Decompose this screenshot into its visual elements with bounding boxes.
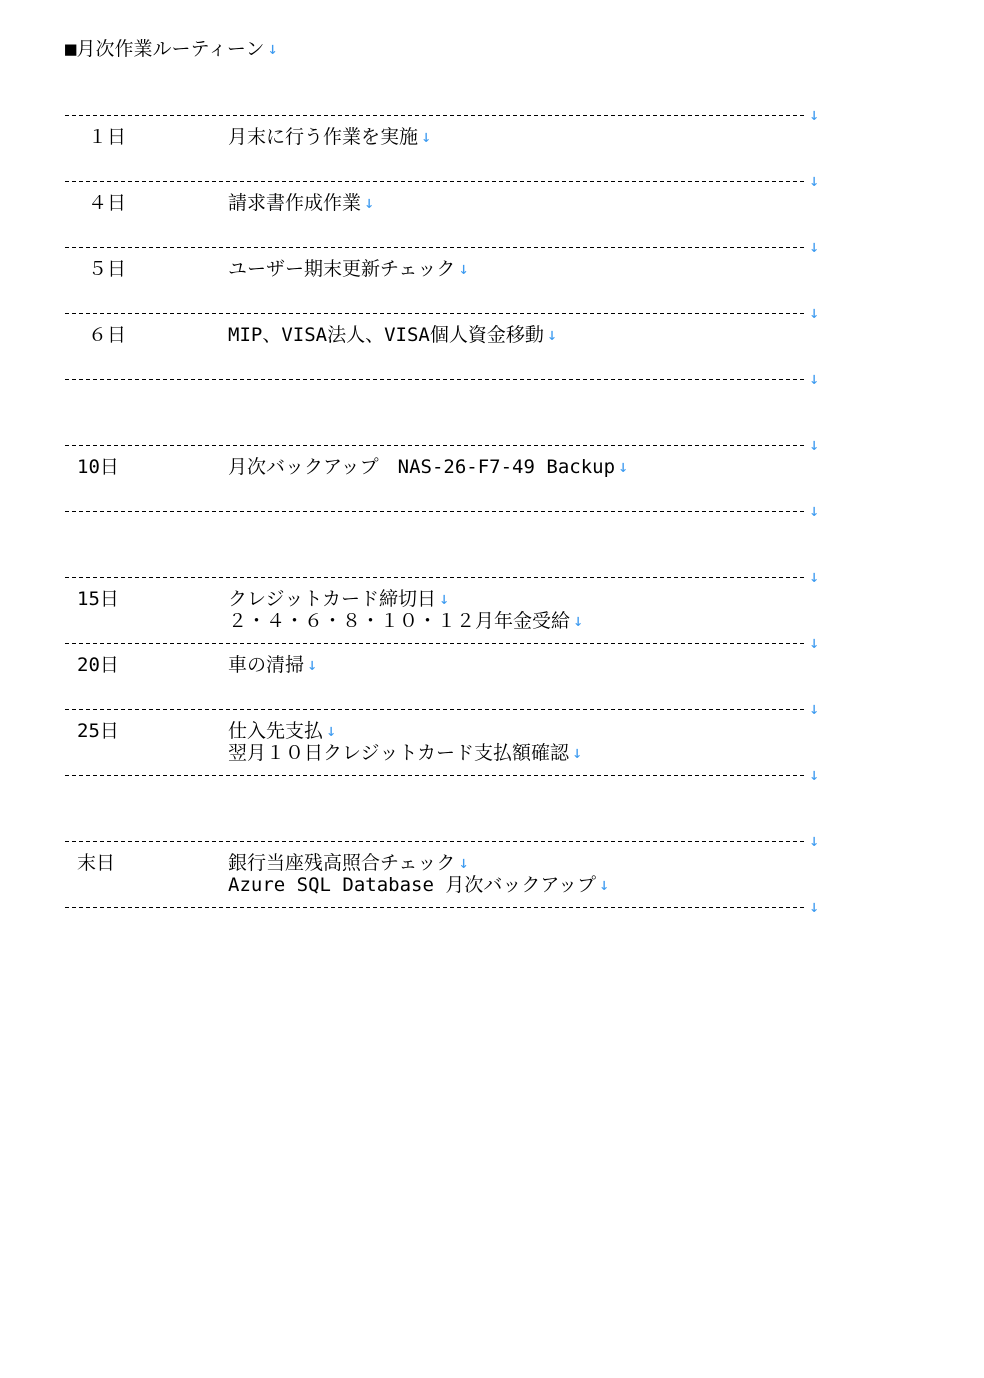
newline-mark-icon: ↓ (809, 896, 819, 918)
newline-mark-icon: ↓ (326, 720, 336, 742)
newline-mark-icon: ↓ (809, 434, 819, 456)
newline-mark-icon: ↓ (809, 632, 819, 654)
title-line: ■月次作業ルーティーン↓ (65, 38, 984, 60)
blank-line (65, 786, 984, 808)
newline-mark-icon: ↓ (547, 324, 557, 346)
newline-mark-icon: ↓ (458, 258, 468, 280)
dashed-separator: ↓ (65, 104, 984, 126)
task-text: ユーザー期末更新チェック (228, 258, 455, 280)
blank-line (65, 544, 984, 566)
dashed-separator: ↓ (65, 896, 984, 918)
day-label: １日 (88, 126, 126, 148)
routine-entry-line: Azure SQL Database 月次バックアップ↓ (65, 874, 984, 896)
task-wrap: 請求書作成作業↓ (228, 192, 374, 214)
newline-mark-icon: ↓ (421, 126, 431, 148)
routine-entry-line: １日月末に行う作業を実施↓ (65, 126, 984, 148)
dashed-separator: ↓ (65, 302, 984, 324)
blank-line (65, 280, 984, 302)
newline-mark-icon: ↓ (599, 874, 609, 896)
newline-mark-icon: ↓ (809, 764, 819, 786)
routine-entry-line: ６日MIP、VISA法人、VISA個人資金移動↓ (65, 324, 984, 346)
blank-line (65, 478, 984, 500)
task-wrap: 仕入先支払↓ (228, 720, 336, 742)
task-wrap: クレジットカード締切日↓ (228, 588, 449, 610)
routine-entry-line: 15日クレジットカード締切日↓ (65, 588, 984, 610)
newline-mark-icon: ↓ (307, 654, 317, 676)
routine-entry-line: ５日ユーザー期末更新チェック↓ (65, 258, 984, 280)
dashed-separator: ↓ (65, 764, 984, 786)
blank-line (65, 82, 984, 104)
dashed-separator: ↓ (65, 566, 984, 588)
task-text: 銀行当座残高照合チェック (228, 852, 455, 874)
task-text: 翌月１０日クレジットカード支払額確認 (228, 742, 569, 764)
routine-entry-line: 翌月１０日クレジットカード支払額確認↓ (65, 742, 984, 764)
dashed-rule (65, 379, 806, 380)
dashed-separator: ↓ (65, 236, 984, 258)
task-wrap: ２・４・６・８・１０・１２月年金受給↓ (228, 610, 583, 632)
task-text: 月次バックアップ NAS-26-F7-49 Backup (228, 456, 615, 478)
dashed-separator: ↓ (65, 434, 984, 456)
newline-mark-icon: ↓ (809, 104, 819, 126)
routine-entry-line: ２・４・６・８・１０・１２月年金受給↓ (65, 610, 984, 632)
dashed-rule (65, 577, 806, 578)
task-text: ２・４・６・８・１０・１２月年金受給 (228, 610, 570, 632)
day-label: 末日 (77, 852, 115, 874)
blank-line (65, 346, 984, 368)
task-wrap: 車の清掃↓ (228, 654, 317, 676)
task-wrap: 月末に行う作業を実施↓ (228, 126, 431, 148)
dashed-separator: ↓ (65, 500, 984, 522)
newline-mark-icon: ↓ (809, 236, 819, 258)
day-label: ５日 (88, 258, 126, 280)
task-wrap: 翌月１０日クレジットカード支払額確認↓ (228, 742, 582, 764)
blank-line (65, 676, 984, 698)
task-text: 仕入先支払 (228, 720, 323, 742)
dashed-rule (65, 775, 806, 776)
newline-mark-icon: ↓ (458, 852, 468, 874)
newline-mark-icon: ↓ (809, 566, 819, 588)
newline-mark-icon: ↓ (572, 742, 582, 764)
page-title: ■月次作業ルーティーン (65, 38, 265, 60)
blank-line (65, 60, 984, 82)
blank-line (65, 390, 984, 412)
dashed-separator: ↓ (65, 170, 984, 192)
dashed-rule (65, 313, 806, 314)
day-label: ６日 (88, 324, 126, 346)
blank-line (65, 808, 984, 830)
newline-mark-icon: ↓ (809, 170, 819, 192)
task-text: クレジットカード締切日 (228, 588, 436, 610)
dashed-rule (65, 511, 806, 512)
routine-entry-line: 10日月次バックアップ NAS-26-F7-49 Backup↓ (65, 456, 984, 478)
dashed-rule (65, 841, 806, 842)
newline-mark-icon: ↓ (809, 698, 819, 720)
newline-mark-icon: ↓ (809, 830, 819, 852)
routine-entry-line: ４日請求書作成作業↓ (65, 192, 984, 214)
task-wrap: Azure SQL Database 月次バックアップ↓ (228, 874, 609, 896)
blank-line (65, 522, 984, 544)
blank-line (65, 412, 984, 434)
task-wrap: 銀行当座残高照合チェック↓ (228, 852, 469, 874)
task-wrap: ユーザー期末更新チェック↓ (228, 258, 469, 280)
dashed-rule (65, 247, 806, 248)
routine-entry-line: 末日銀行当座残高照合チェック↓ (65, 852, 984, 874)
task-text: MIP、VISA法人、VISA個人資金移動 (228, 324, 544, 346)
document-page[interactable]: ■月次作業ルーティーン↓↓１日月末に行う作業を実施↓↓４日請求書作成作業↓↓５日… (0, 0, 984, 1378)
task-text: 車の清掃 (228, 654, 304, 676)
newline-mark-icon: ↓ (439, 588, 449, 610)
dashed-separator: ↓ (65, 698, 984, 720)
dashed-separator: ↓ (65, 632, 984, 654)
task-wrap: MIP、VISA法人、VISA個人資金移動↓ (228, 324, 557, 346)
title-wrap: ■月次作業ルーティーン↓ (65, 38, 278, 60)
task-text: 請求書作成作業 (228, 192, 361, 214)
newline-mark-icon: ↓ (809, 500, 819, 522)
newline-mark-icon: ↓ (618, 456, 628, 478)
day-label: 10日 (77, 456, 119, 478)
day-label: 15日 (77, 588, 119, 610)
routine-entry-line: 25日仕入先支払↓ (65, 720, 984, 742)
dashed-separator: ↓ (65, 830, 984, 852)
dashed-rule (65, 181, 806, 182)
day-label: 25日 (77, 720, 119, 742)
newline-mark-icon: ↓ (809, 368, 819, 390)
routine-entry-line: 20日車の清掃↓ (65, 654, 984, 676)
dashed-rule (65, 643, 806, 644)
day-label: ４日 (88, 192, 126, 214)
dashed-rule (65, 907, 806, 908)
task-wrap: 月次バックアップ NAS-26-F7-49 Backup↓ (228, 456, 628, 478)
dashed-rule (65, 115, 806, 116)
day-label: 20日 (77, 654, 119, 676)
dashed-separator: ↓ (65, 368, 984, 390)
dashed-rule (65, 709, 806, 710)
newline-mark-icon: ↓ (573, 610, 583, 632)
newline-mark-icon: ↓ (268, 38, 278, 60)
task-text: Azure SQL Database 月次バックアップ (228, 874, 596, 896)
blank-line (65, 214, 984, 236)
dashed-rule (65, 445, 806, 446)
task-text: 月末に行う作業を実施 (228, 126, 418, 148)
newline-mark-icon: ↓ (364, 192, 374, 214)
newline-mark-icon: ↓ (809, 302, 819, 324)
blank-line (65, 148, 984, 170)
